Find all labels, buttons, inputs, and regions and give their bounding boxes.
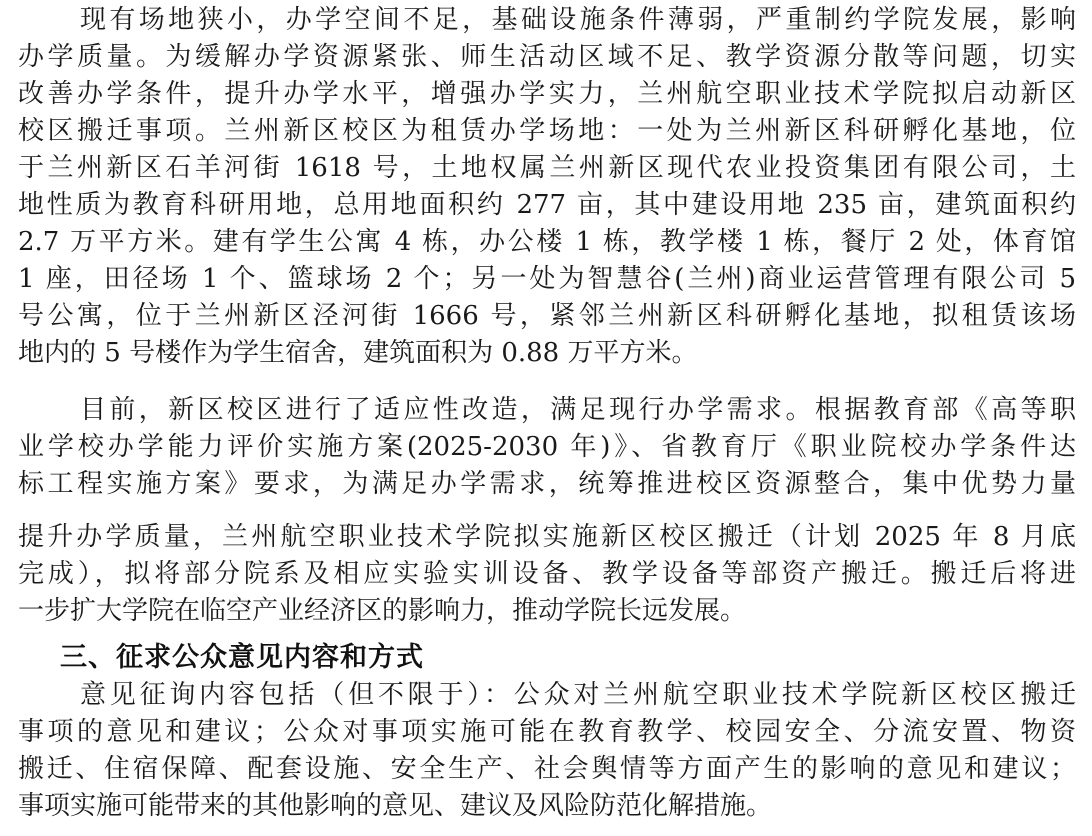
- text-line: 现有场地狭小，办学空间不足，基础设施条件薄弱，严重制约学院发展，影响: [80, 2, 1076, 39]
- text-line: 校区搬迁事项。兰州新区校区为租赁办学场地：一处为兰州新区科研孵化基地，位: [18, 113, 1076, 150]
- text-line: 1 座，田径场 1 个、篮球场 2 个；另一处为智慧谷(兰州)商业运营管理有限公…: [18, 261, 1076, 298]
- text-line: 业学校办学能力评价实施方案(2025-2030 年)》、省教育厅《职业院校办学条…: [18, 429, 1076, 466]
- text-line: 完成），拟将部分院系及相应实验实训设备、教学设备等部资产搬迁。搬迁后将进: [18, 556, 1076, 593]
- text-line: 事项的意见和建议；公众对事项实施可能在教育教学、校园安全、分流安置、物资: [18, 714, 1076, 751]
- text-line: 搬迁、住宿保障、配套设施、安全生产、社会舆情等方面产生的影响的意见和建议；: [18, 751, 1076, 788]
- text-line: 一步扩大学院在临空产业经济区的影响力，推动学院长远发展。: [18, 593, 1076, 630]
- text-line: 号公寓，位于兰州新区泾河街 1666 号，紧邻兰州新区科研孵化基地，拟租赁该场: [18, 298, 1076, 335]
- text-line: 改善办学条件，提升办学水平，增强办学实力，兰州航空职业技术学院拟启动新区: [18, 76, 1076, 113]
- text-line: 地性质为教育科研用地，总用地面积约 277 亩，其中建设用地 235 亩，建筑面…: [18, 187, 1076, 224]
- text-line: 地内的 5 号楼作为学生宿舍，建筑面积为 0.88 万平方米。: [18, 335, 1076, 372]
- text-line: 提升办学质量，兰州航空职业技术学院拟实施新区校区搬迁（计划 2025 年 8 月…: [18, 519, 1076, 556]
- text-line: 于兰州新区石羊河街 1618 号，土地权属兰州新区现代农业投资集团有限公司，土: [18, 150, 1076, 187]
- text-line: 2.7 万平方米。建有学生公寓 4 栋，办公楼 1 栋，教学楼 1 栋，餐厅 2…: [18, 224, 1076, 261]
- section-heading: 三、征求公众意见内容和方式: [60, 638, 424, 678]
- text-line: 目前，新区校区进行了适应性改造，满足现行办学需求。根据教育部《高等职: [80, 392, 1076, 429]
- text-line: 办学质量。为缓解办学资源紧张、师生活动区域不足、教学资源分散等问题，切实: [18, 39, 1076, 76]
- text-line: 意见征询内容包括（但不限于）：公众对兰州航空职业技术学院新区校区搬迁: [80, 677, 1076, 714]
- text-line: 事项实施可能带来的其他影响的意见、建议及风险防范化解措施。: [18, 788, 1076, 825]
- text-line: 标工程实施方案》要求，为满足办学需求，统筹推进校区资源整合，集中优势力量: [18, 466, 1076, 503]
